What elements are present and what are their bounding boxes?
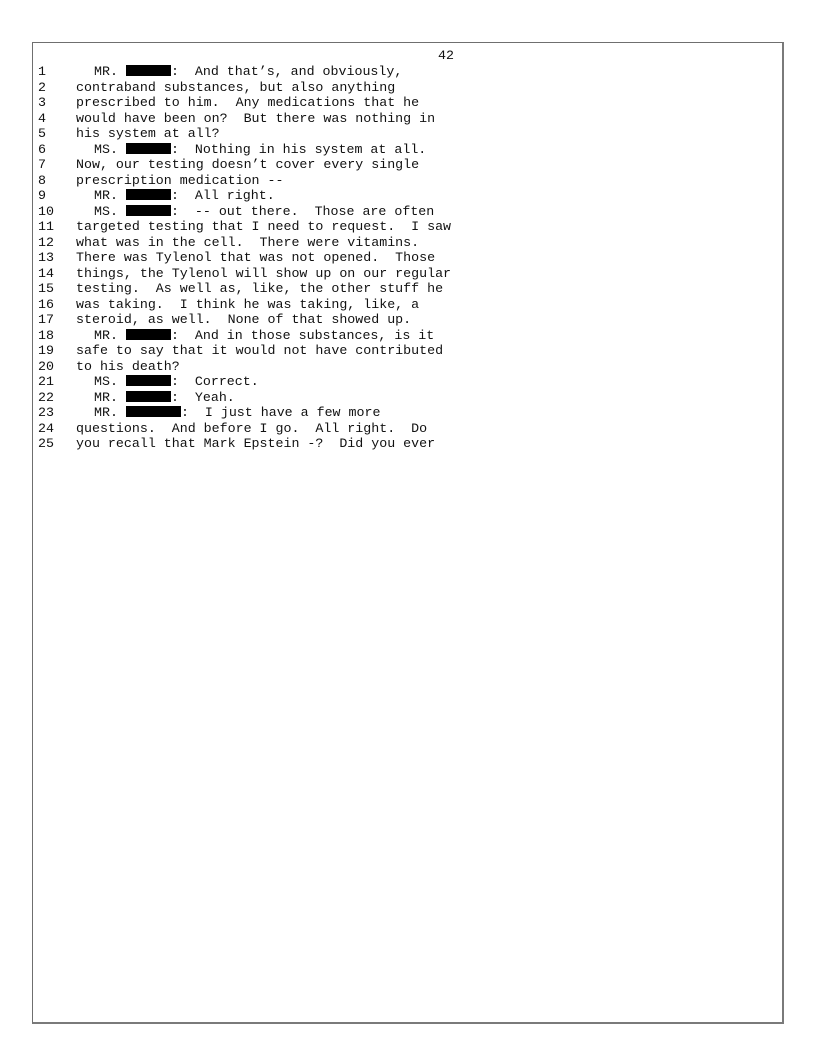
line-text: MR. : And that’s, and obviously, [76, 64, 402, 80]
line-number: 23 [38, 405, 76, 421]
line-text: MR. : All right. [76, 188, 275, 204]
line-text: MR. : Yeah. [76, 390, 235, 406]
transcript-line-17: 17steroid, as well. None of that showed … [38, 312, 451, 328]
transcript-line-2: 2contraband substances, but also anythin… [38, 80, 451, 96]
line-text: prescribed to him. Any medications that … [76, 95, 419, 111]
line-number: 4 [38, 111, 76, 127]
line-text: Now, our testing doesn’t cover every sin… [76, 157, 419, 173]
line-number: 24 [38, 421, 76, 437]
transcript-line-16: 16was taking. I think he was taking, lik… [38, 297, 451, 313]
line-text: MS. : Nothing in his system at all. [76, 142, 426, 158]
transcript-line-19: 19safe to say that it would not have con… [38, 343, 451, 359]
page-number: 42 [438, 48, 454, 64]
line-text: safe to say that it would not have contr… [76, 343, 443, 359]
transcript-body: 1MR. : And that’s, and obviously, 2contr… [38, 64, 451, 452]
line-text: would have been on? But there was nothin… [76, 111, 435, 127]
transcript-line-3: 3prescribed to him. Any medications that… [38, 95, 451, 111]
transcript-line-7: 7Now, our testing doesn’t cover every si… [38, 157, 451, 173]
redaction-box [126, 189, 171, 200]
speaker-title: MR. [94, 390, 118, 405]
line-text: to his death? [76, 359, 180, 375]
speaker-title: MR. [94, 188, 118, 203]
transcript-line-24: 24questions. And before I go. All right.… [38, 421, 451, 437]
transcript-line-6: 6MS. : Nothing in his system at all. [38, 142, 451, 158]
line-text: contraband substances, but also anything [76, 80, 395, 96]
line-number: 1 [38, 64, 76, 80]
line-text: MS. : -- out there. Those are often [76, 204, 434, 220]
transcript-line-5: 5his system at all? [38, 126, 451, 142]
transcript-line-4: 4would have been on? But there was nothi… [38, 111, 451, 127]
redaction-box [126, 375, 171, 386]
transcript-line-9: 9MR. : All right. [38, 188, 451, 204]
line-number: 10 [38, 204, 76, 220]
transcript-line-1: 1MR. : And that’s, and obviously, [38, 64, 451, 80]
line-text: MR. : I just have a few more [76, 405, 380, 421]
line-text: things, the Tylenol will show up on our … [76, 266, 451, 282]
line-number: 5 [38, 126, 76, 142]
line-number: 12 [38, 235, 76, 251]
redaction-box [126, 391, 171, 402]
line-number: 13 [38, 250, 76, 266]
line-text: his system at all? [76, 126, 220, 142]
speaker-title: MS. [94, 374, 118, 389]
speaker-title: MS. [94, 142, 118, 157]
speech-text: : Nothing in his system at all. [171, 142, 426, 157]
transcript-line-11: 11targeted testing that I need to reques… [38, 219, 451, 235]
transcript-line-23: 23MR. : I just have a few more [38, 405, 451, 421]
line-number: 22 [38, 390, 76, 406]
transcript-line-18: 18MR. : And in those substances, is it [38, 328, 451, 344]
line-number: 7 [38, 157, 76, 173]
transcript-line-25: 25you recall that Mark Epstein -? Did yo… [38, 436, 451, 452]
transcript-line-14: 14things, the Tylenol will show up on ou… [38, 266, 451, 282]
line-text: what was in the cell. There were vitamin… [76, 235, 419, 251]
transcript-line-20: 20to his death? [38, 359, 451, 375]
line-text: MR. : And in those substances, is it [76, 328, 434, 344]
speech-text: : And that’s, and obviously, [171, 64, 402, 79]
redaction-box [126, 65, 171, 76]
speech-text: : Yeah. [171, 390, 235, 405]
line-number: 2 [38, 80, 76, 96]
speech-text: : And in those substances, is it [171, 328, 434, 343]
line-text: you recall that Mark Epstein -? Did you … [76, 436, 435, 452]
transcript-line-21: 21MS. : Correct. [38, 374, 451, 390]
speech-text: : -- out there. Those are often [171, 204, 434, 219]
line-number: 8 [38, 173, 76, 189]
line-number: 15 [38, 281, 76, 297]
speaker-title: MR. [94, 405, 118, 420]
line-number: 19 [38, 343, 76, 359]
speech-text: : I just have a few more [181, 405, 381, 420]
line-text: questions. And before I go. All right. D… [76, 421, 427, 437]
line-number: 25 [38, 436, 76, 452]
speech-text: : Correct. [171, 374, 259, 389]
transcript-line-13: 13There was Tylenol that was not opened.… [38, 250, 451, 266]
line-text: testing. As well as, like, the other stu… [76, 281, 443, 297]
line-number: 6 [38, 142, 76, 158]
line-text: MS. : Correct. [76, 374, 259, 390]
line-text: prescription medication -- [76, 173, 283, 189]
transcript-line-22: 22MR. : Yeah. [38, 390, 451, 406]
line-number: 20 [38, 359, 76, 375]
line-number: 14 [38, 266, 76, 282]
redaction-box [126, 143, 171, 154]
line-number: 9 [38, 188, 76, 204]
transcript-line-12: 12what was in the cell. There were vitam… [38, 235, 451, 251]
line-text: targeted testing that I need to request.… [76, 219, 451, 235]
line-number: 3 [38, 95, 76, 111]
redaction-box [126, 205, 171, 216]
line-number: 11 [38, 219, 76, 235]
line-number: 21 [38, 374, 76, 390]
line-number: 17 [38, 312, 76, 328]
redaction-box [126, 329, 171, 340]
speech-text: : All right. [171, 188, 275, 203]
transcript-line-15: 15testing. As well as, like, the other s… [38, 281, 451, 297]
speaker-title: MR. [94, 64, 118, 79]
redaction-box [126, 406, 181, 417]
line-number: 16 [38, 297, 76, 313]
transcript-line-8: 8prescription medication -- [38, 173, 451, 189]
speaker-title: MS. [94, 204, 118, 219]
speaker-title: MR. [94, 328, 118, 343]
line-text: was taking. I think he was taking, like,… [76, 297, 419, 313]
line-text: There was Tylenol that was not opened. T… [76, 250, 435, 266]
transcript-line-10: 10MS. : -- out there. Those are often [38, 204, 451, 220]
line-text: steroid, as well. None of that showed up… [76, 312, 411, 328]
line-number: 18 [38, 328, 76, 344]
